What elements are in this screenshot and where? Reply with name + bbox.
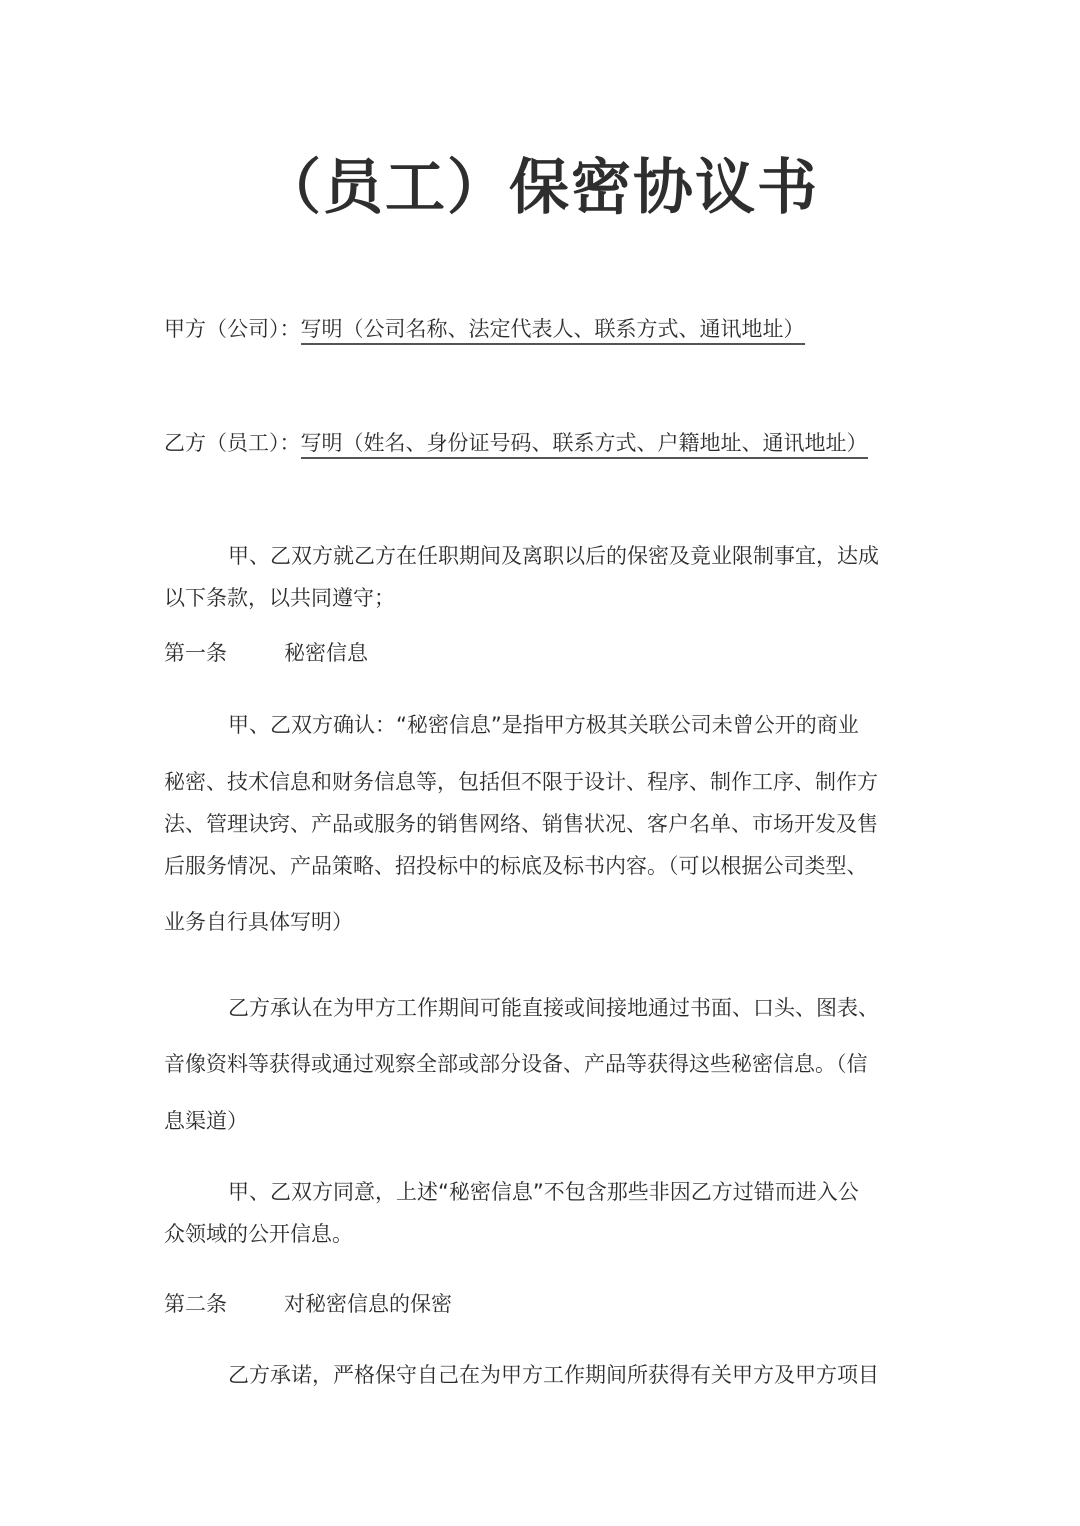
article-1-para-3-line-1: 甲、乙双方同意，上述“秘密信息”不包含那些非因乙方过错而进入公: [164, 1177, 859, 1207]
document-page: （员工）保密协议书 甲方（公司）：写明（公司名称、法定代表人、联系方式、通讯地址…: [0, 0, 1080, 1526]
party-b-value: 写明（姓名、身份证号码、联系方式、户籍地址、通讯地址）: [301, 431, 868, 459]
article-1-para-1-line-2: 秘密、技术信息和财务信息等，包括但不限于设计、程序、制作工序、制作方: [164, 767, 878, 797]
article-1-para-1-line-3: 法、管理诀窍、产品或服务的销售网络、销售状况、客户名单、市场开发及售: [164, 809, 878, 839]
party-b-line: 乙方（员工）：写明（姓名、身份证号码、联系方式、户籍地址、通讯地址）: [164, 428, 868, 458]
party-b-label: 乙方（员工）：: [164, 431, 301, 455]
article-2-number: 第二条: [164, 1289, 284, 1319]
article-1-heading: 第一条秘密信息: [164, 638, 368, 668]
article-1-para-1-line-4: 后服务情况、产品策略、招投标中的标底及标书内容。（可以根据公司类型、: [164, 851, 868, 881]
article-1-para-1-line-5: 业务自行具体写明）: [164, 907, 353, 937]
article-1-para-3-line-2: 众领域的公开信息。: [164, 1219, 353, 1249]
party-a-line: 甲方（公司）：写明（公司名称、法定代表人、联系方式、通讯地址）: [164, 314, 805, 344]
article-1-para-2-line-2: 音像资料等获得或通过观察全部或部分设备、产品等获得这些秘密信息。（信: [164, 1049, 868, 1079]
article-1-number: 第一条: [164, 638, 284, 668]
article-1-para-1-line-1: 甲、乙双方确认：“秘密信息”是指甲方极其关联公司未曾公开的商业: [164, 710, 859, 740]
article-1-para-2-line-1: 乙方承认在为甲方工作期间可能直接或间接地通过书面、口头、图表、: [164, 993, 879, 1023]
article-2-heading: 第二条对秘密信息的保密: [164, 1289, 452, 1319]
article-1-title: 秘密信息: [284, 641, 368, 665]
preamble-line-2: 以下条款，以共同遵守；: [164, 583, 395, 613]
article-2-title: 对秘密信息的保密: [284, 1292, 452, 1316]
party-a-value: 写明（公司名称、法定代表人、联系方式、通讯地址）: [301, 317, 805, 345]
preamble-line-1: 甲、乙双方就乙方在任职期间及离职以后的保密及竟业限制事宜，达成: [164, 541, 879, 571]
document-title: （员工）保密协议书: [0, 148, 1080, 228]
party-a-label: 甲方（公司）：: [164, 317, 301, 341]
article-2-para-1-line-1: 乙方承诺，严格保守自己在为甲方工作期间所获得有关甲方及甲方项目: [164, 1360, 879, 1390]
article-1-para-2-line-3: 息渠道）: [164, 1106, 248, 1136]
